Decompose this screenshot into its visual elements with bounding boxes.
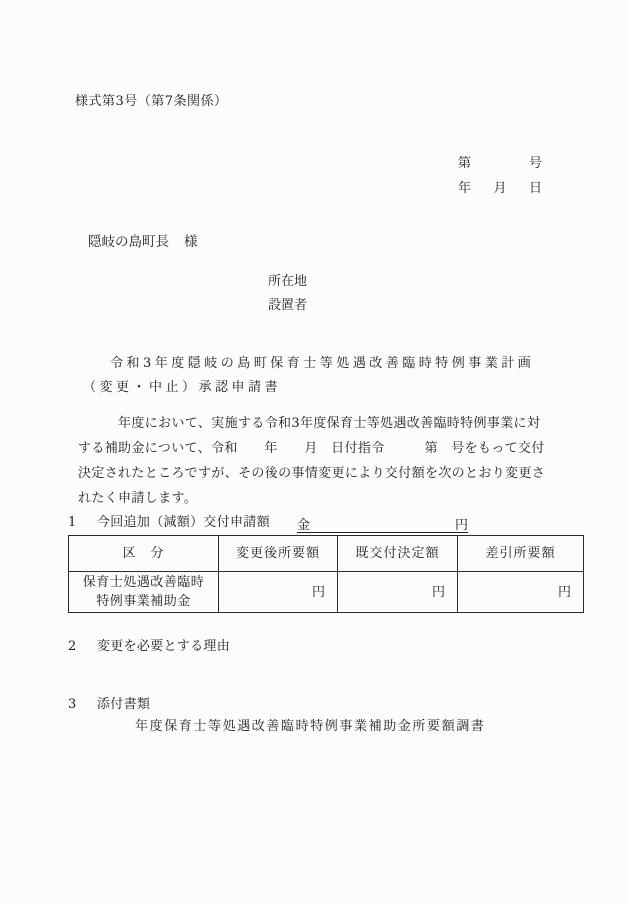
section-1-number: 1	[68, 516, 76, 529]
attachment-document-name: 年度保育士等処遇改善臨時特例事業補助金所要額調書	[135, 720, 485, 733]
document-number-line: 第 号	[458, 157, 542, 170]
sender-address-label: 所在地	[268, 275, 307, 288]
date-line: 年 月 日	[458, 182, 542, 195]
form-number-label: 様式第3号（第7条関係）	[75, 95, 228, 108]
section-1-row: 1 今回追加（減額）交付申請額 金 円	[0, 516, 630, 536]
table-row: 保育士処遇改善臨時 特例事業補助金 円 円 円	[69, 572, 584, 613]
date-month-label: 月	[493, 182, 506, 195]
header-revised-amount: 変更後所要額	[219, 536, 338, 572]
document-page: 様式第3号（第7条関係） 第 号 年 月 日 隠岐の島町長 様 所在地 設置者 …	[0, 0, 630, 903]
section-2-row: 2 変更を必要とする理由	[0, 640, 630, 660]
document-number-block: 第 号 年 月 日	[458, 157, 542, 195]
body-paragraph: 年度において、実施する令和3年度保育士等処遇改善臨時特例事業に対 する補助金につ…	[78, 417, 545, 517]
section-3-row: 3 添付書類	[0, 698, 630, 718]
docnum-suffix: 号	[529, 157, 542, 170]
section-2-label: 変更を必要とする理由	[97, 640, 230, 653]
header-category: 区 分	[69, 536, 219, 572]
money-suffix: 円	[455, 519, 468, 532]
table-header-row: 区 分 変更後所要額 既交付決定額 差引所要額	[69, 536, 584, 572]
addressee-name: 隠岐の島町長	[88, 236, 169, 250]
sender-block: 所在地 設置者	[268, 275, 307, 323]
header-difference: 差引所要額	[458, 536, 584, 572]
header-decided-amount: 既交付決定額	[338, 536, 458, 572]
amount-fill-in-line: 金 円	[297, 514, 468, 533]
date-day-label: 日	[529, 182, 542, 195]
cell-decided-amount: 円	[338, 572, 458, 613]
category-line1: 保育士処遇改善臨時	[69, 573, 218, 592]
section-3-number: 3	[68, 698, 76, 711]
docnum-prefix: 第	[458, 157, 471, 170]
addressee-honorific: 様	[184, 236, 198, 250]
amount-table: 区 分 変更後所要額 既交付決定額 差引所要額 保育士処遇改善臨時 特例事業補助…	[68, 535, 584, 613]
addressee-line: 隠岐の島町長 様	[88, 236, 198, 250]
body-line: する補助金について、令和 年 月 日付指令 第 号をもって交付	[78, 442, 545, 467]
body-line: 年度において、実施する令和3年度保育士等処遇改善臨時特例事業に対	[78, 417, 545, 442]
cell-difference-amount: 円	[458, 572, 584, 613]
cell-category: 保育士処遇改善臨時 特例事業補助金	[69, 572, 219, 613]
document-title-line1: 令和3年度隠岐の島町保育士等処遇改善臨時特例事業計画	[110, 357, 534, 370]
date-year-label: 年	[458, 182, 471, 195]
body-line: 決定されたところですが、その後の事情変更により交付額を次のとおり変更さ	[78, 467, 545, 492]
document-title-line2: （変更・中止）承認申請書	[83, 381, 281, 394]
section-1-label: 今回追加（減額）交付申請額	[97, 516, 270, 529]
money-prefix: 金	[297, 519, 310, 532]
section-3-label: 添付書類	[97, 698, 150, 711]
category-line2: 特例事業補助金	[69, 592, 218, 611]
section-2-number: 2	[68, 640, 76, 653]
cell-revised-amount: 円	[219, 572, 338, 613]
sender-founder-label: 設置者	[268, 299, 307, 312]
